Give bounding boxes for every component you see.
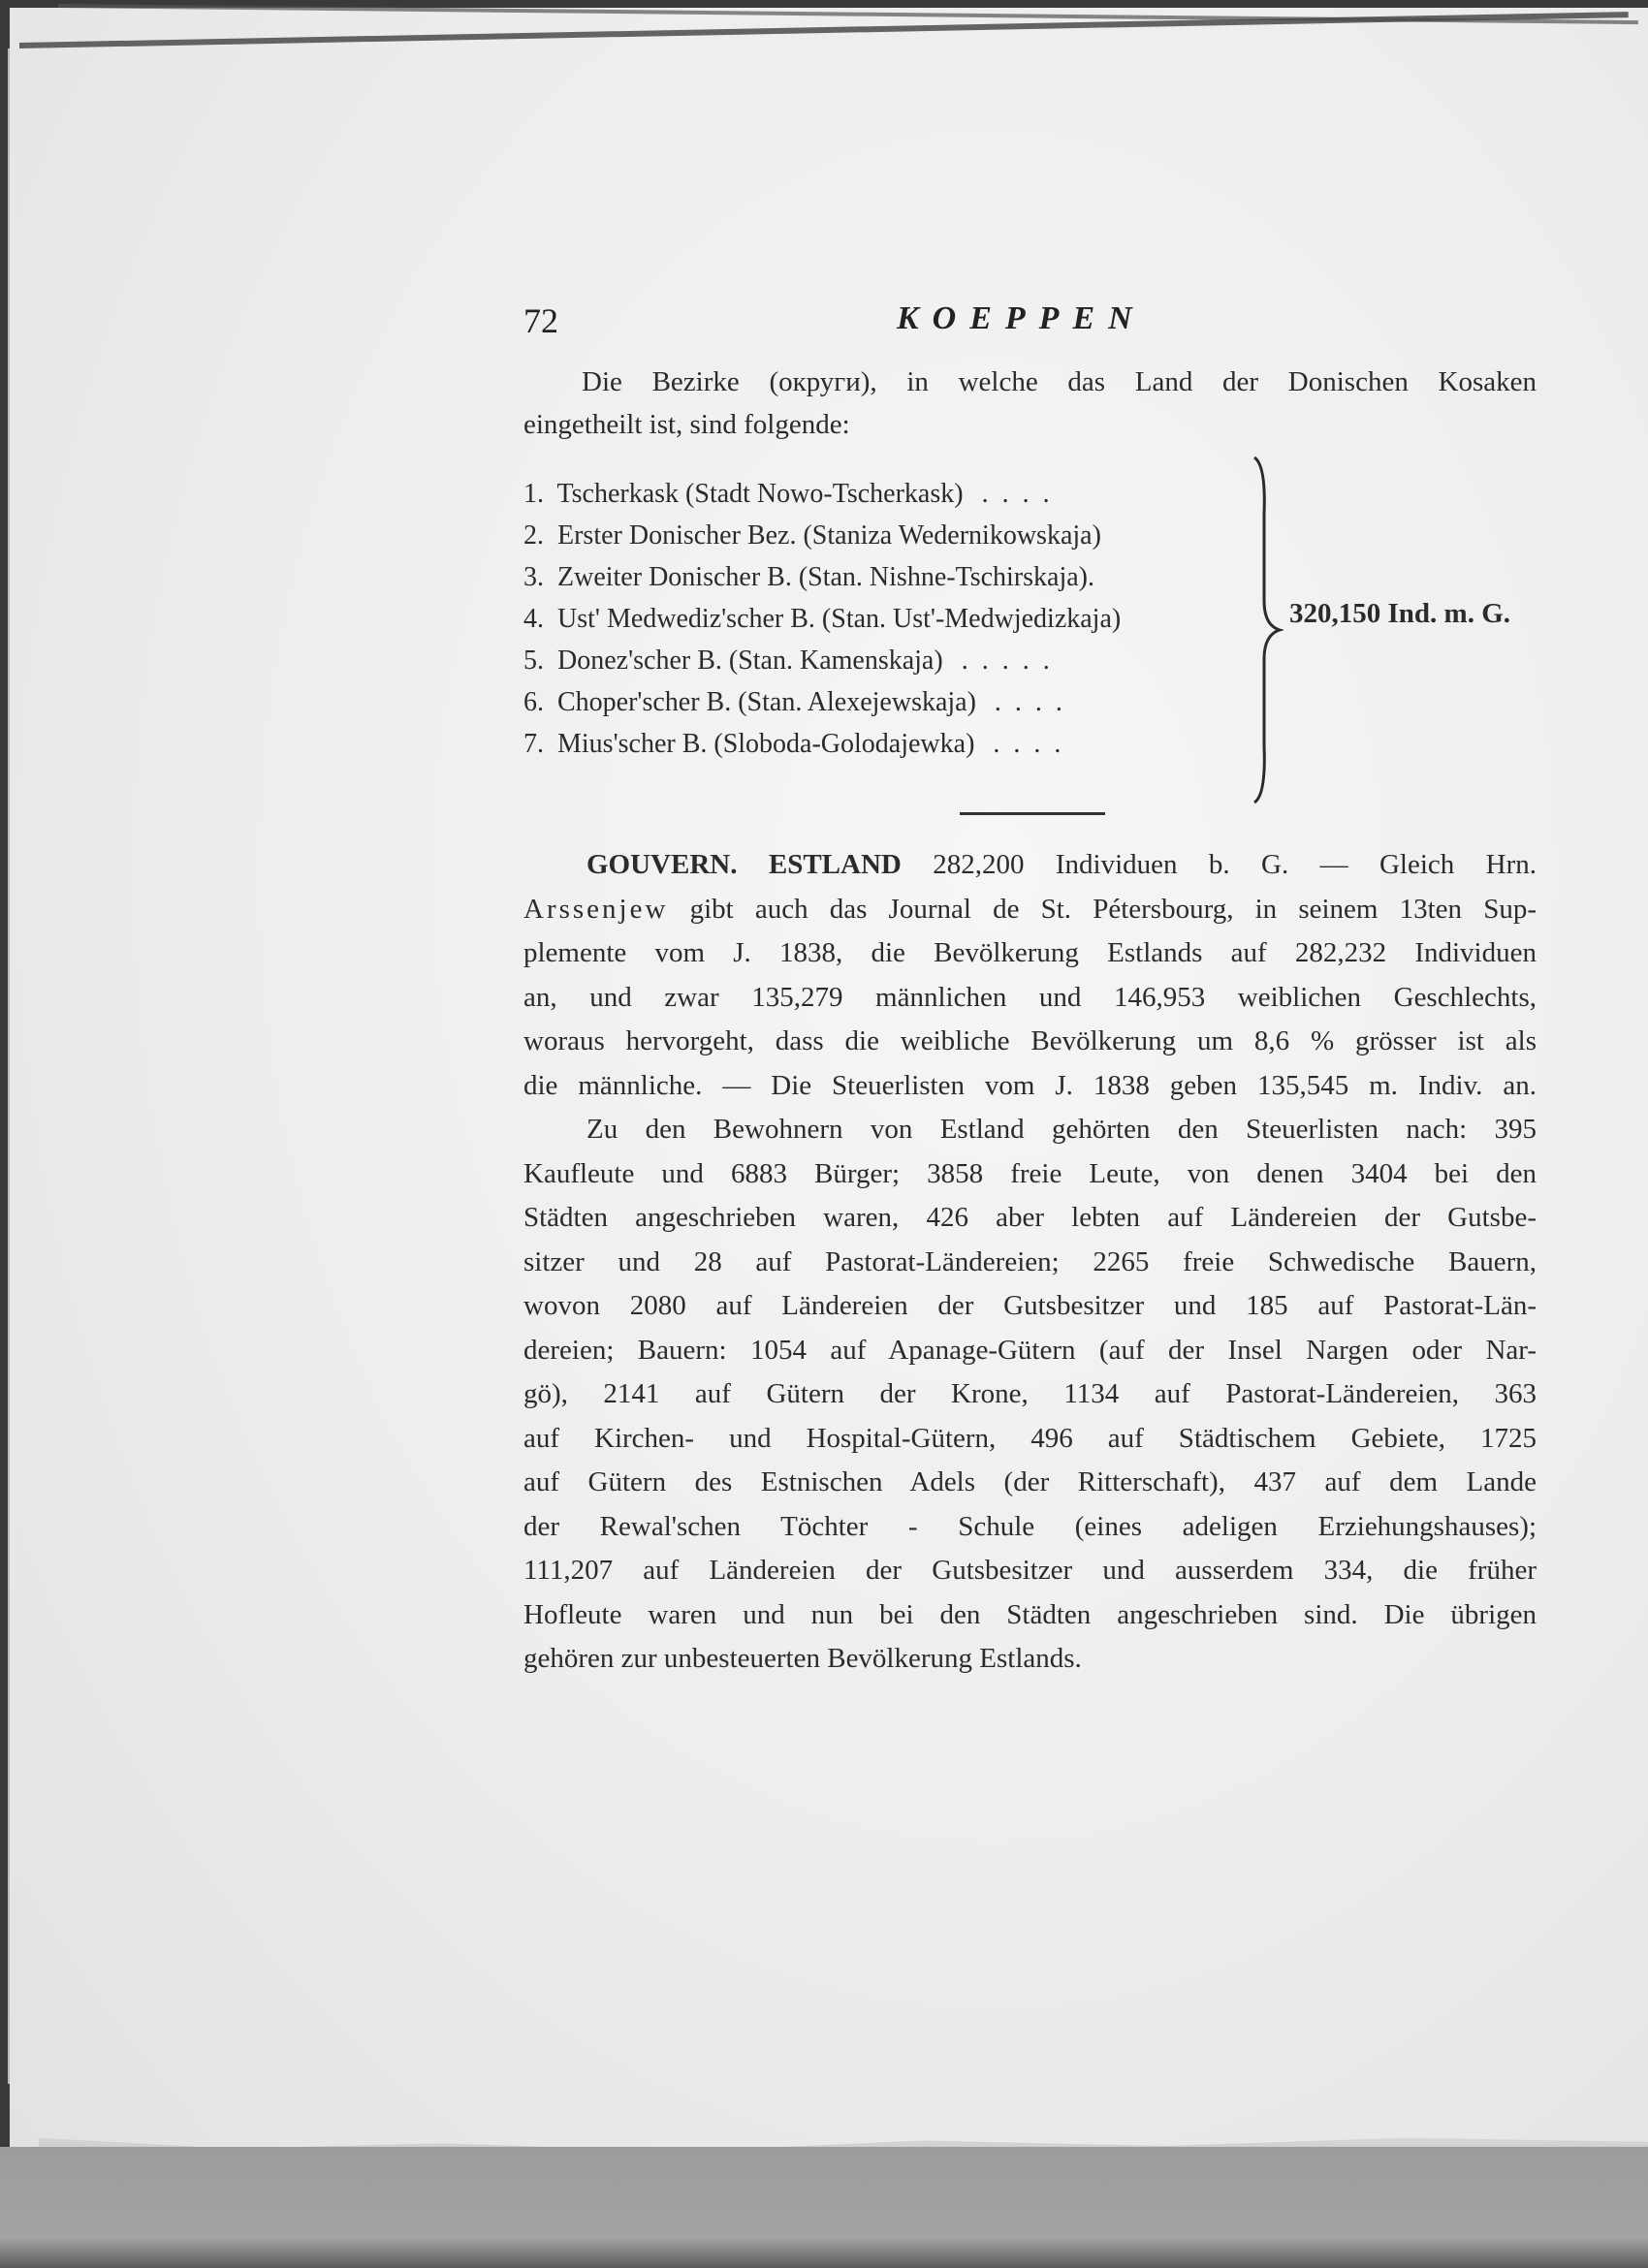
curly-brace-icon <box>1251 456 1284 804</box>
leader-dots <box>1101 520 1113 551</box>
estland-line: plemente vom J. 1838, die Bevölkerung Es… <box>523 931 1537 976</box>
residents-line: 111,207 auf Ländereien der Gutsbesitzer … <box>523 1549 1537 1593</box>
district-number: 3. <box>523 556 551 598</box>
page-header: 72 KOEPPEN <box>523 300 1537 349</box>
scanner-bed <box>0 2147 1648 2268</box>
district-number: 5. <box>523 640 551 681</box>
leader-dots: ..... <box>950 646 1063 676</box>
district-item: 3. Zweiter Donischer B. (Stan. Nishne-Ts… <box>523 556 1590 598</box>
district-item: 5. Donez'scher B. (Stan. Kamenskaja) ...… <box>523 640 1590 681</box>
residents-line: auf Gütern des Estnischen Adels (der Rit… <box>523 1461 1537 1505</box>
residents-line: Hofleute waren und nun bei den Städten a… <box>523 1593 1537 1638</box>
leader-dots <box>1094 562 1106 592</box>
section-divider <box>960 812 1105 815</box>
district-name: Zweiter Donischer B. (Stan. Nishne-Tschi… <box>557 562 1094 592</box>
district-name: Donez'scher B. (Stan. Kamenskaja) <box>557 646 943 676</box>
leader-dots: .... <box>981 729 1074 759</box>
residents-line: gö), 2141 auf Gütern der Krone, 1134 auf… <box>523 1372 1537 1417</box>
intro-line: Die Bezirke (округи), in welche das Land… <box>523 361 1537 403</box>
page-number: 72 <box>523 300 558 341</box>
district-number: 2. <box>523 515 551 556</box>
district-name: Ust' Medwediz'scher B. (Stan. Ust'-Medwj… <box>557 604 1121 634</box>
running-head: KOEPPEN <box>897 300 1146 337</box>
spaced-name: Arssenjew <box>523 894 668 925</box>
section-heading: GOUVERN. ESTLAND <box>586 849 902 880</box>
district-item: 1. Tscherkask (Stadt Nowo-Tscherkask) ..… <box>523 473 1590 515</box>
district-name: Erster Donischer Bez. (Staniza Wederniko… <box>557 520 1101 551</box>
leader-dots <box>1121 604 1132 634</box>
residents-line: wovon 2080 auf Ländereien der Gutsbesitz… <box>523 1284 1537 1329</box>
residents-line: Zu den Bewohnern von Estland gehörten de… <box>523 1108 1537 1152</box>
residents-line: gehören zur unbesteuerten Bevölkerung Es… <box>523 1637 1537 1682</box>
estland-section: GOUVERN. ESTLAND 282,200 Individuen b. G… <box>523 843 1537 1682</box>
district-name: Tscherkask (Stadt Nowo-Tscherkask) <box>557 479 964 509</box>
estland-line: Arssenjew gibt auch das Journal de St. P… <box>523 888 1537 932</box>
district-name: Mius'scher B. (Sloboda-Golodajewka) <box>557 729 974 759</box>
district-item: 6. Choper'scher B. (Stan. Alexejewskaja)… <box>523 681 1590 723</box>
intro-line: eingetheilt ist, sind folgende: <box>523 403 1537 446</box>
page-left-edge <box>8 48 10 2084</box>
estland-line: GOUVERN. ESTLAND 282,200 Individuen b. G… <box>523 843 1537 888</box>
district-number: 4. <box>523 598 551 640</box>
district-item: 7. Mius'scher B. (Sloboda-Golodajewka) .… <box>523 723 1590 765</box>
residents-line: Städten angeschrieben waren, 426 aber le… <box>523 1196 1537 1241</box>
residents-line: dereien; Bauern: 1054 auf Apanage-Gütern… <box>523 1329 1537 1373</box>
district-number: 1. <box>523 473 551 515</box>
leader-dots: .... <box>983 687 1076 717</box>
residents-line: auf Kirchen- und Hospital-Gütern, 496 au… <box>523 1417 1537 1462</box>
estland-line: an, und zwar 135,279 männlichen und 146,… <box>523 976 1537 1021</box>
estland-line: woraus hervorgeht, dass die weibliche Be… <box>523 1020 1537 1064</box>
residents-line: sitzer und 28 auf Pastorat-Ländereien; 2… <box>523 1241 1537 1285</box>
residents-line: Kaufleute und 6883 Bürger; 3858 freie Le… <box>523 1152 1537 1197</box>
district-number: 6. <box>523 681 551 723</box>
leader-dots: .... <box>970 479 1063 509</box>
district-name: Choper'scher B. (Stan. Alexejewskaja) <box>557 687 976 717</box>
district-item: 2. Erster Donischer Bez. (Staniza Wedern… <box>523 515 1590 556</box>
estland-line: die männliche. — Die Steuerlisten vom J.… <box>523 1064 1537 1109</box>
district-number: 7. <box>523 723 551 765</box>
residents-line: der Rewal'schen Töchter - Schule (eines … <box>523 1505 1537 1550</box>
district-total: 320,150 Ind. m. G. <box>1289 598 1510 630</box>
intro-paragraph: Die Bezirke (округи), in welche das Land… <box>523 361 1537 446</box>
